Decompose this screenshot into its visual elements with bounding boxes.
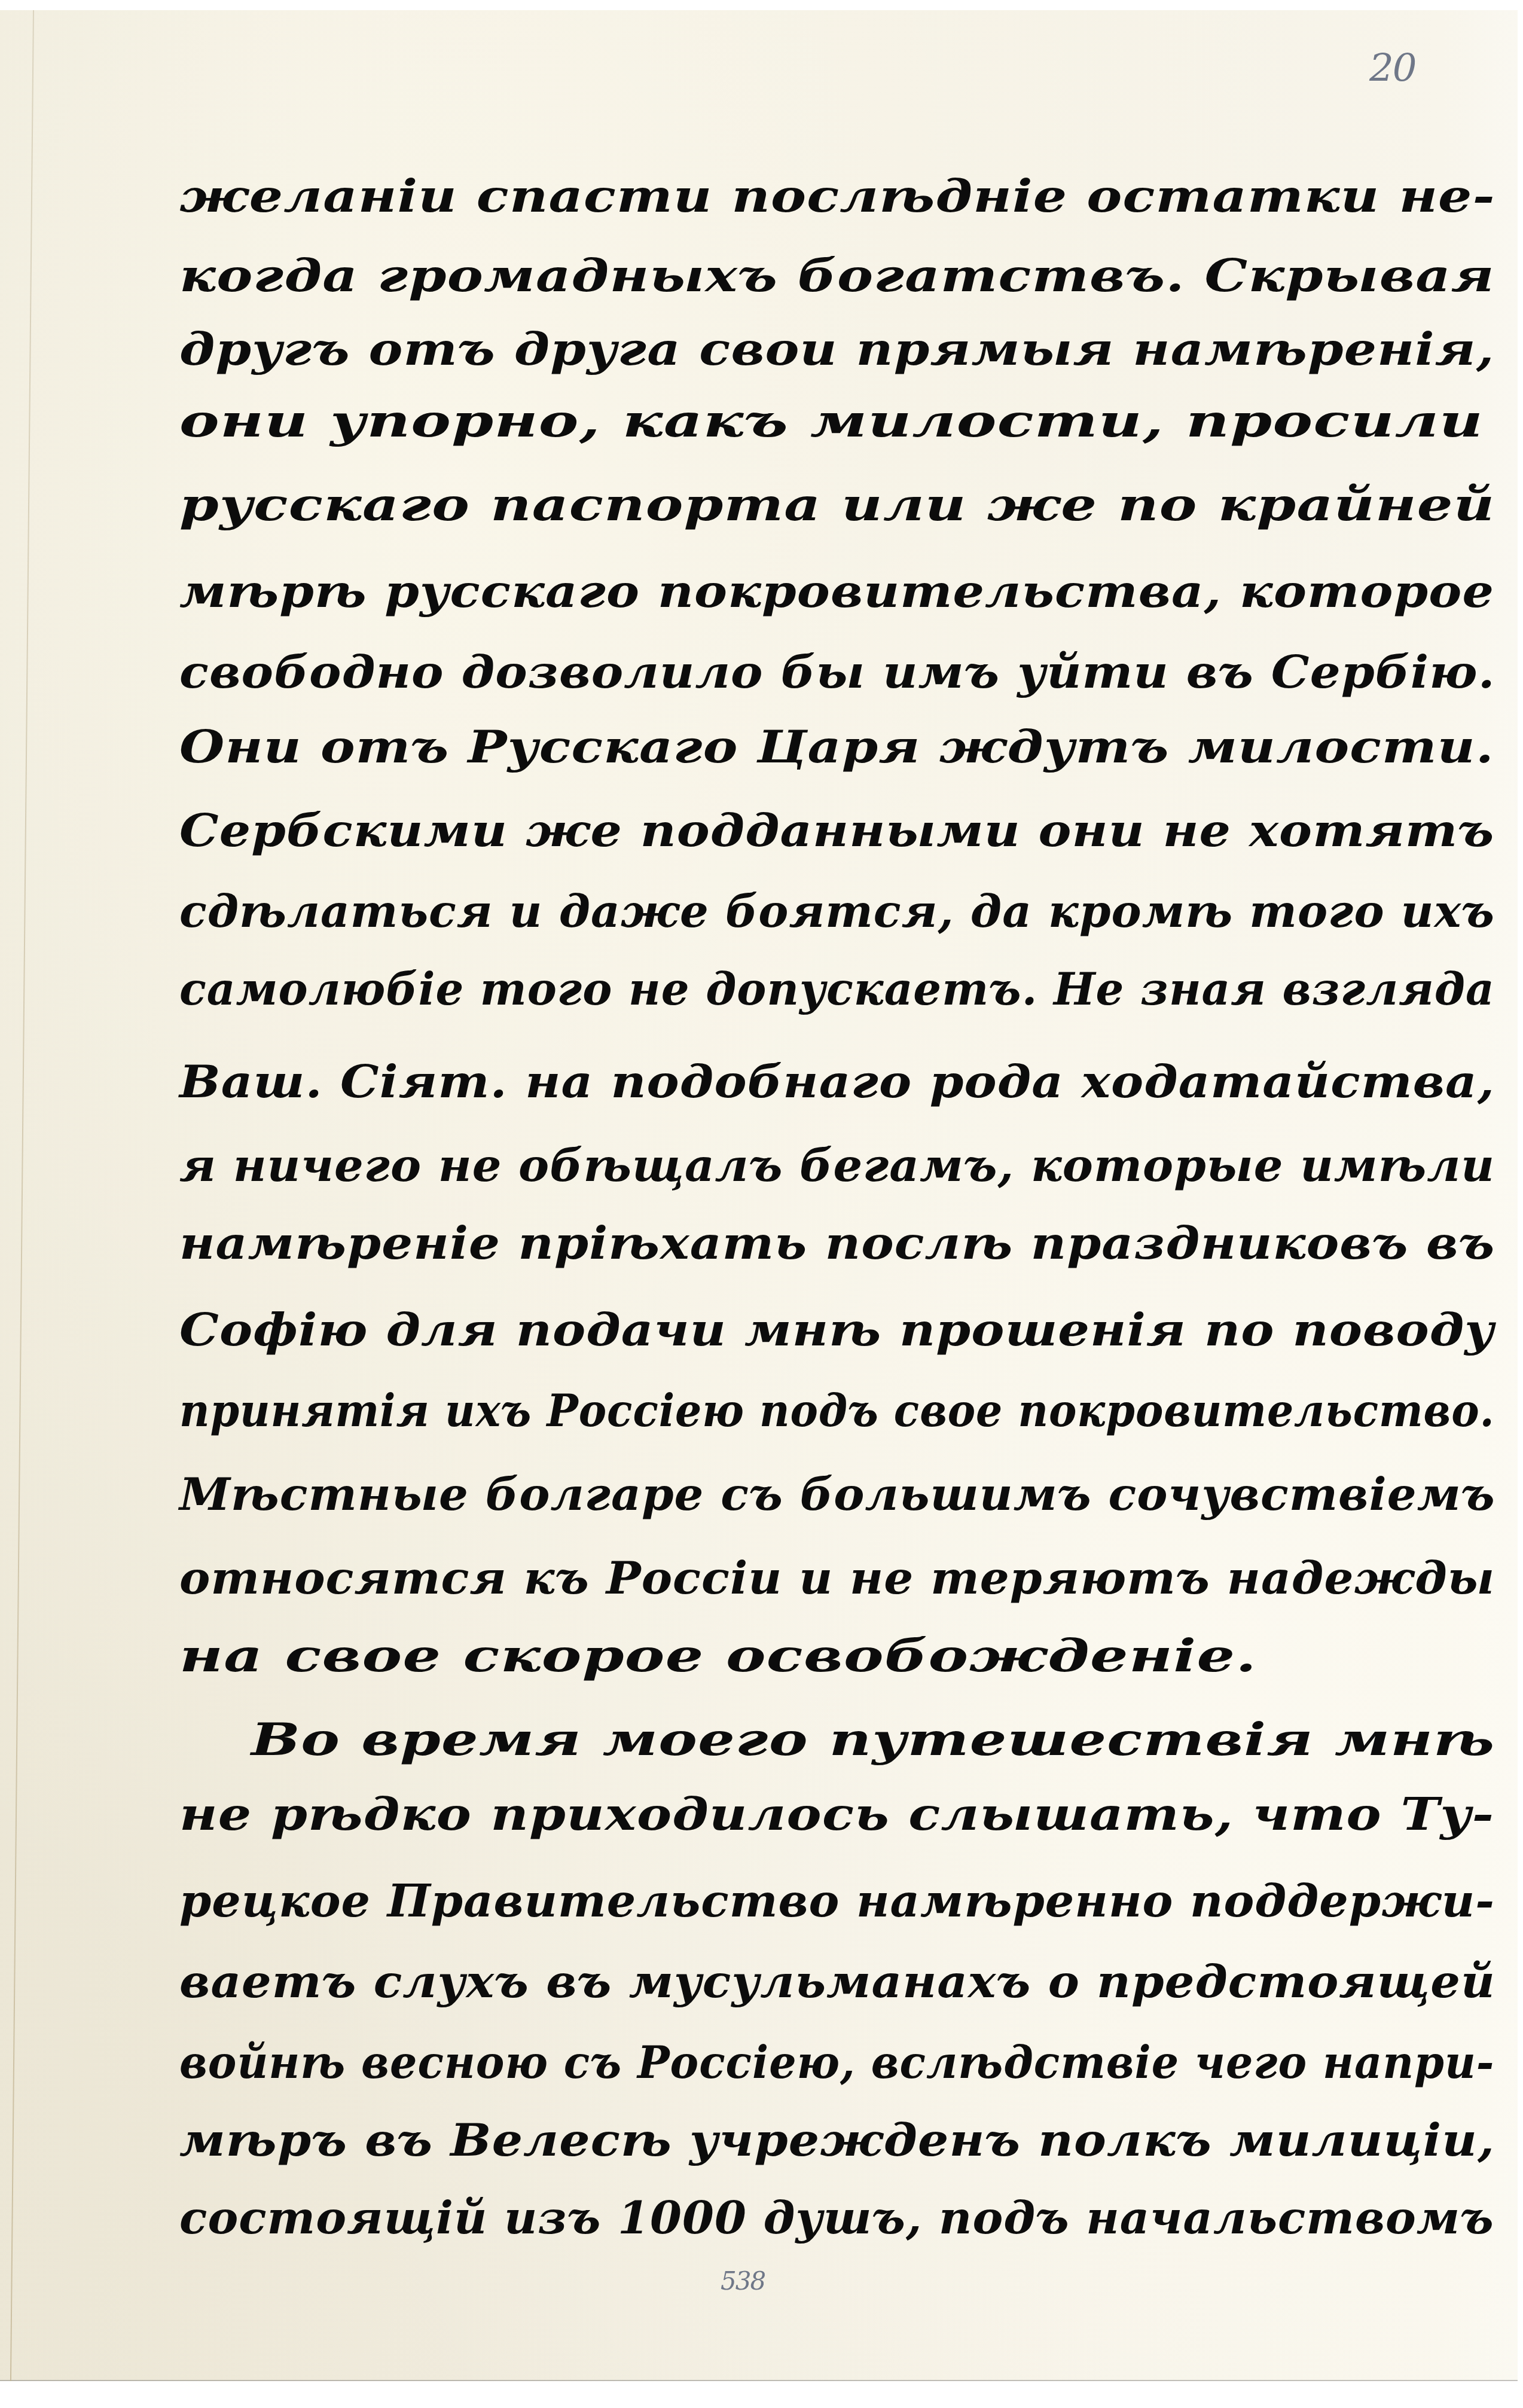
text-line: Софію для подачи мнѣ прошенія по поводу (179, 1308, 1495, 1353)
text-line: они упорно, какъ милости, просили (179, 399, 1484, 444)
text-line: войнѣ весною съ Россіею, вслѣдствіе чего… (179, 2041, 1494, 2085)
text-line: Мѣстные болгаре съ большимъ сочувствіемъ (179, 1473, 1495, 1517)
text-line: рецкое Правительство намѣренно поддержи- (179, 1879, 1495, 1924)
text-line: Сербскими же подданными они не хотятъ (179, 809, 1494, 853)
folio-number: 20 (1369, 47, 1415, 91)
text-line: желаніи спасти послѣдніе остатки не- (179, 175, 1495, 219)
text-line: состоящій изъ 1000 душъ, подъ начальство… (179, 2196, 1494, 2241)
text-line: мѣрѣ русскаго покровительства, которое (179, 570, 1494, 614)
text-line: намѣреніе пріѣхать послѣ праздниковъ въ (179, 1222, 1495, 1266)
text-line: относятся къ Россіи и не теряютъ надежды (179, 1556, 1495, 1601)
text-line: свободно дозволило бы имъ уйти въ Сербію… (179, 651, 1495, 695)
text-line: я ничего не обѣщалъ бегамъ, которые имѣл… (179, 1144, 1495, 1188)
archive-page-number: 538 (721, 2266, 765, 2296)
text-line: сдѣлаться и даже боятся, да кромѣ того и… (179, 890, 1495, 934)
text-line: мѣръ въ Велесѣ учрежденъ полкъ милиціи, (179, 2119, 1495, 2163)
text-line: Они отъ Русскаго Царя ждутъ милости. (179, 725, 1494, 770)
text-line: самолюбіе того не допускаетъ. Не зная вз… (179, 968, 1495, 1012)
text-line: принятія ихъ Россіею подъ свое покровите… (179, 1389, 1495, 1433)
text-line: на свое скорое освобожденіе. (179, 1634, 1258, 1678)
text-line: не рѣдко приходилось слышать, что Ту- (179, 1793, 1494, 1837)
text-line: ваетъ слухъ въ мусульманахъ о предстояще… (179, 1960, 1495, 2004)
text-line: Ваш. Сіят. на подобнаго рода ходатайства… (179, 1060, 1495, 1104)
text-line: когда громадныхъ богатствъ. Скрывая (179, 254, 1495, 298)
paragraph-start-line: Во время моего путешествія мнѣ (251, 1718, 1495, 1762)
text-line: русскаго паспорта или же по крайней (179, 483, 1495, 527)
text-line: другъ отъ друга свои прямыя намѣренія, (179, 328, 1495, 372)
